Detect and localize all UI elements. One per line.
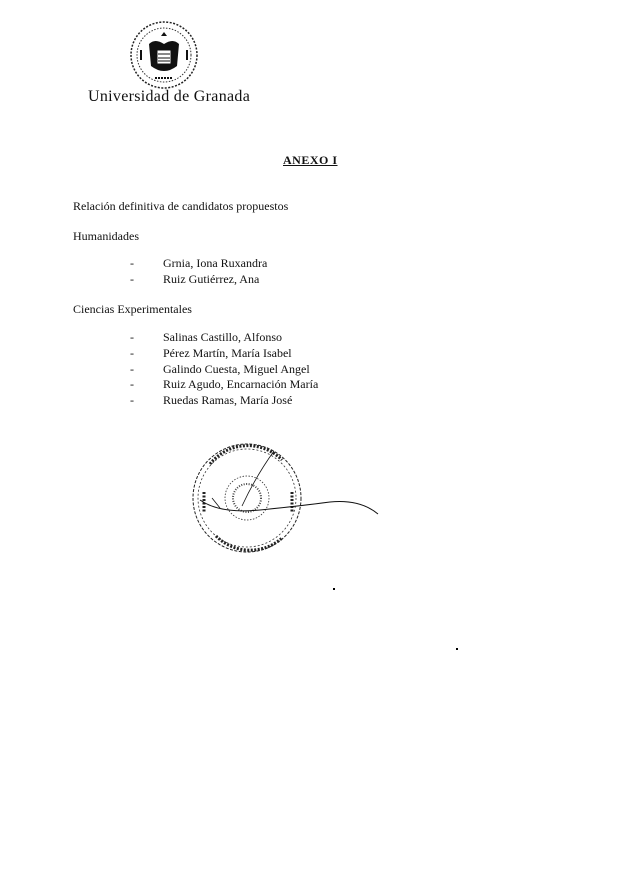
candidate-name: Ruiz Agudo, Encarnación María: [163, 377, 318, 391]
bullet-dash: -: [130, 256, 163, 272]
candidate-list-humanidades: -Grnia, Iona Ruxandra -Ruiz Gutiérrez, A…: [130, 256, 267, 288]
list-item: -Galindo Cuesta, Miguel Angel: [130, 362, 318, 378]
bullet-dash: -: [130, 362, 163, 378]
institution-name: Universidad de Granada: [88, 88, 250, 106]
candidate-name: Pérez Martín, María Isabel: [163, 346, 292, 360]
bullet-dash: -: [130, 272, 163, 288]
list-item: -Ruiz Agudo, Encarnación María: [130, 377, 318, 393]
official-stamp-icon: [190, 436, 385, 561]
scan-speck: [333, 588, 335, 590]
bullet-dash: -: [130, 393, 163, 409]
candidate-name: Galindo Cuesta, Miguel Angel: [163, 362, 310, 376]
list-item: -Salinas Castillo, Alfonso: [130, 330, 318, 346]
bullet-dash: -: [130, 346, 163, 362]
list-item: -Ruedas Ramas, María José: [130, 393, 318, 409]
list-item: -Pérez Martín, María Isabel: [130, 346, 318, 362]
annex-title: ANEXO I: [283, 153, 338, 168]
candidate-list-ciencias: -Salinas Castillo, Alfonso -Pérez Martín…: [130, 330, 318, 409]
bullet-dash: -: [130, 330, 163, 346]
section-heading-ciencias: Ciencias Experimentales: [73, 302, 192, 317]
candidate-name: Ruiz Gutiérrez, Ana: [163, 272, 259, 286]
section-heading-humanidades: Humanidades: [73, 229, 139, 244]
list-item: -Grnia, Iona Ruxandra: [130, 256, 267, 272]
candidate-name: Salinas Castillo, Alfonso: [163, 330, 282, 344]
bullet-dash: -: [130, 377, 163, 393]
candidate-name: Ruedas Ramas, María José: [163, 393, 292, 407]
list-item: -Ruiz Gutiérrez, Ana: [130, 272, 267, 288]
intro-text: Relación definitiva de candidatos propue…: [73, 199, 288, 214]
university-crest-icon: [129, 20, 199, 90]
candidate-name: Grnia, Iona Ruxandra: [163, 256, 267, 270]
scan-speck: [456, 648, 458, 650]
